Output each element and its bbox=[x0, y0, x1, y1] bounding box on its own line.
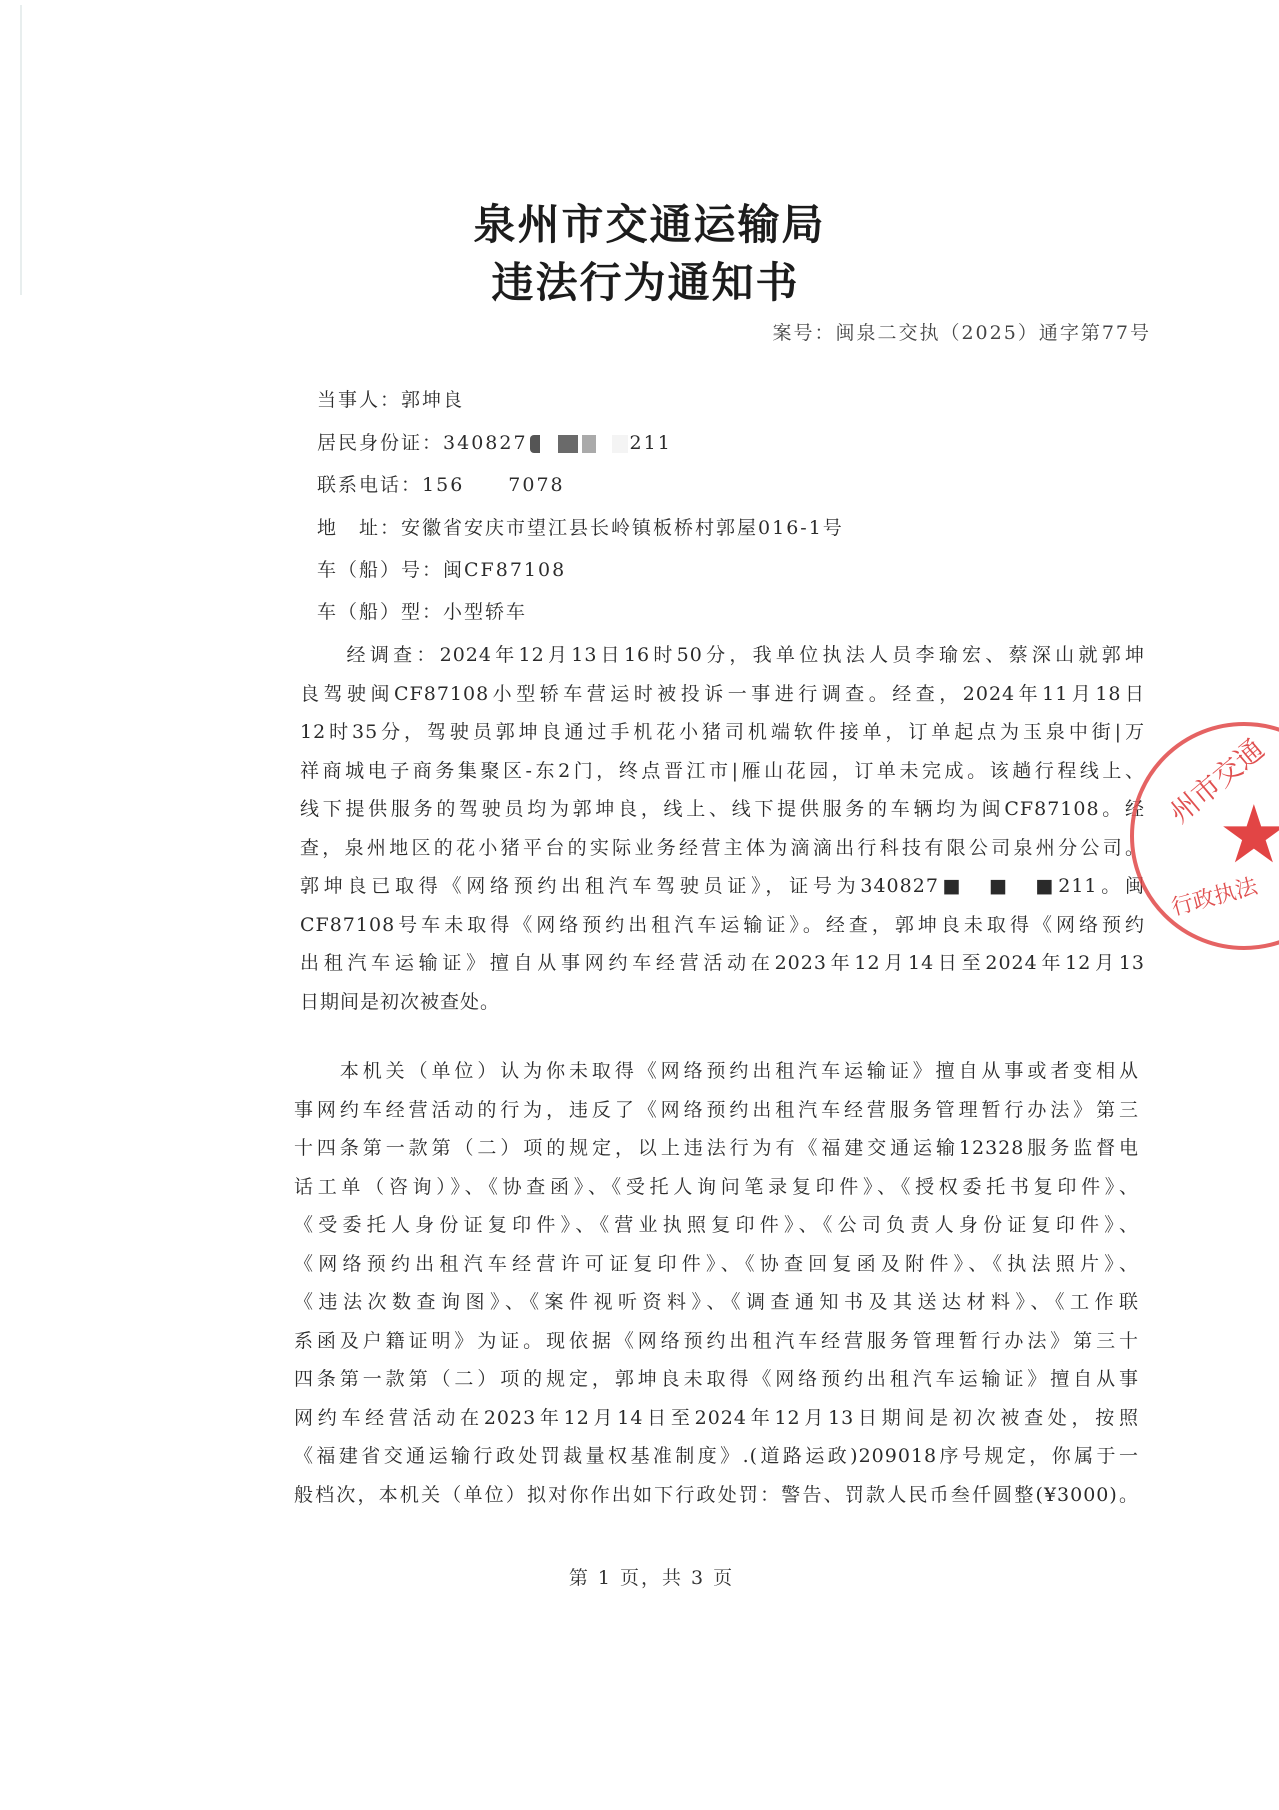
paragraph-line: 本机关（单位）认为你未取得《网络预约出租汽车运输证》擅自从事或者变相从 bbox=[294, 1052, 1139, 1091]
page-number: 第 1 页，共 3 页 bbox=[0, 1563, 1279, 1590]
paragraph-line: 12时35分，驾驶员郭坤良通过手机花小猪司机端软件接单，订单起点为玉泉中街|万 bbox=[300, 713, 1145, 752]
paragraph-line: 祥商城电子商务集聚区-东2门，终点晋江市|雁山花园，订单未完成。该趟行程线上、 bbox=[300, 752, 1145, 791]
vehicle-number-value: 闽CF87108 bbox=[443, 559, 566, 581]
address-field: 地 址：安徽省安庆市望江县长岭镇板桥村郭屋016-1号 bbox=[317, 513, 844, 540]
paragraph-line: 《福建省交通运输行政处罚裁量权基准制度》.(道路运政)209018序号规定，你属… bbox=[294, 1437, 1139, 1476]
paragraph-line: 郭坤良已取得《网络预约出租汽车驾驶员证》，证号为340827■ ■ ■211。闽 bbox=[300, 867, 1145, 906]
paragraph-line: 《受委托人身份证复印件》、《营业执照复印件》、《公司负责人身份证复印件》、 bbox=[294, 1206, 1139, 1245]
party-name-value: 郭坤良 bbox=[401, 389, 464, 411]
id-card-label: 居民身份证： bbox=[317, 432, 443, 454]
paragraph-line: 《网络预约出租汽车经营许可证复印件》、《协查回复函及附件》、《执法照片》、 bbox=[294, 1245, 1139, 1284]
case-number: 案号：闽泉二交执（2025）通字第77号 bbox=[772, 318, 1151, 345]
vehicle-number-field: 车（船）号：闽CF87108 bbox=[317, 555, 566, 582]
seal-star-icon: ★ bbox=[1218, 795, 1279, 875]
phone-suffix: 7078 bbox=[508, 474, 564, 496]
address-label: 地 址： bbox=[317, 517, 401, 539]
paragraph-line: 《违法次数查询图》、《案件视听资料》、《调查通知书及其送达材料》、《工作联 bbox=[294, 1283, 1139, 1322]
address-value: 安徽省安庆市望江县长岭镇板桥村郭屋016-1号 bbox=[401, 517, 844, 539]
paragraph-line: 查，泉州地区的花小猪平台的实际业务经营主体为滴滴出行科技有限公司泉州分公司。 bbox=[300, 829, 1145, 868]
paragraph-line: 经调查：2024年12月13日16时50分，我单位执法人员李瑜宏、蔡深山就郭坤 bbox=[300, 636, 1145, 675]
redaction-mark bbox=[582, 435, 596, 453]
paragraph-line: 日期间是初次被查处。 bbox=[300, 983, 1145, 1022]
paragraph-line: 话工单（咨询）》、《协查函》、《受托人询问笔录复印件》、《授权委托书复印件》、 bbox=[294, 1168, 1139, 1207]
paragraph-line: 四条第一款第（二）项的规定，郭坤良未取得《网络预约出租汽车运输证》擅自从事 bbox=[294, 1360, 1139, 1399]
paragraph-line: 事网约车经营活动的行为，违反了《网络预约出租汽车经营服务管理暂行办法》第三 bbox=[294, 1091, 1139, 1130]
paragraph-line: 网约车经营活动在2023年12月14日至2024年12月13日期间是初次被查处，… bbox=[294, 1399, 1139, 1438]
paragraph-line: 系函及户籍证明》为证。现依据《网络预约出租汽车经营服务管理暂行办法》第三十 bbox=[294, 1322, 1139, 1361]
vehicle-type-field: 车（船）型：小型轿车 bbox=[317, 597, 527, 624]
vehicle-number-label: 车（船）号： bbox=[317, 559, 443, 581]
paragraph-line: CF87108号车未取得《网络预约出租汽车运输证》。经查，郭坤良未取得《网络预约 bbox=[300, 906, 1145, 945]
party-name-field: 当事人：郭坤良 bbox=[317, 385, 464, 412]
phone-label: 联系电话： bbox=[317, 474, 422, 496]
id-card-prefix: 340827 bbox=[443, 432, 528, 454]
redaction-mark bbox=[612, 435, 628, 453]
vehicle-type-value: 小型轿车 bbox=[443, 601, 527, 623]
phone-prefix: 156 bbox=[422, 474, 464, 496]
id-card-field: 居民身份证：340827211 bbox=[317, 428, 672, 455]
issuing-authority-title: 泉州市交通运输局 bbox=[10, 192, 1279, 252]
investigation-paragraph: 经调查：2024年12月13日16时50分，我单位执法人员李瑜宏、蔡深山就郭坤 … bbox=[300, 636, 1145, 1021]
paragraph-line: 线下提供服务的驾驶员均为郭坤良，线上、线下提供服务的车辆均为闽CF87108。经 bbox=[300, 790, 1145, 829]
paragraph-line: 十四条第一款第（二）项的规定，以上违法行为有《福建交通运输12328服务监督电 bbox=[294, 1129, 1139, 1168]
paragraph-line: 般档次，本机关（单位）拟对你作出如下行政处罚：警告、罚款人民币叁仟圆整(¥300… bbox=[294, 1476, 1139, 1515]
paragraph-line: 出租汽车运输证》擅自从事网约车经营活动在2023年12月14日至2024年12月… bbox=[300, 944, 1145, 983]
vehicle-type-label: 车（船）型： bbox=[317, 601, 443, 623]
phone-field: 联系电话：1567078 bbox=[317, 470, 565, 497]
redaction-mark bbox=[530, 435, 540, 453]
paragraph-line: 良驾驶闽CF87108小型轿车营运时被投诉一事进行调查。经查，2024年11月1… bbox=[300, 675, 1145, 714]
document-title: 违法行为通知书 bbox=[6, 250, 1279, 310]
id-card-suffix: 211 bbox=[630, 432, 672, 454]
party-name-label: 当事人： bbox=[317, 389, 401, 411]
redaction-mark bbox=[558, 435, 578, 453]
decision-paragraph: 本机关（单位）认为你未取得《网络预约出租汽车运输证》擅自从事或者变相从 事网约车… bbox=[294, 1052, 1139, 1514]
